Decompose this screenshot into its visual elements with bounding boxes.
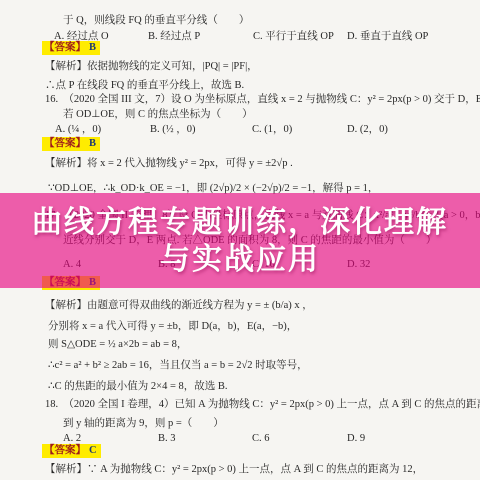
q16-stem-line2: 若 OD⊥OE，则 C 的焦点坐标为（ ）	[63, 108, 253, 121]
q18-stem-line1: 18. （2020 全国 I 卷理，4）已知 A 为抛物线 C：y² = 2px…	[45, 398, 480, 411]
q16-stem-line1: 16. （2020 全国 III 文，7）设 O 为坐标原点，直线 x = 2 …	[45, 93, 480, 106]
q18-answer-label: 【答案】	[44, 445, 86, 456]
q18-stem-line2: 到 y 轴的距离为 9，则 p =（ ）	[63, 417, 224, 430]
banner-title-line2: 与实战应用	[160, 241, 320, 278]
q16-analysis-line1: 【解析】将 x = 2 代入抛物线 y² = 2px，可得 y = ±2√p .	[45, 157, 293, 170]
q17-analysis-line4: ∴c² = a² + b² ≥ 2ab = 16，当且仅当 a = b = 2√…	[48, 359, 308, 372]
promo-banner-overlay: 曲线方程专题训练，深化理解 与实战应用	[0, 193, 480, 288]
q15-analysis-line1: 【解析】依据抛物线的定义可知，|PQ| = |PF|，	[45, 60, 258, 73]
q18-option-b: B. 3	[158, 432, 176, 445]
q17-analysis-line5: ∴C 的焦距的最小值为 2×4 = 8，故选 B.	[48, 380, 228, 393]
q15-option-d: D. 垂直于直线 OP	[347, 30, 428, 43]
q16-option-a: A. (¼ ，0)	[55, 123, 101, 136]
q15-option-b: B. 经过点 P	[148, 30, 200, 43]
document-page: 于 Q，则线段 FQ 的垂直平分线（ ） A. 经过点 O B. 经过点 P C…	[0, 0, 480, 480]
q15-answer-label: 【答案】	[44, 42, 86, 53]
q15-stem-continuation: 于 Q，则线段 FQ 的垂直平分线（ ）	[63, 14, 249, 27]
q15-analysis-line2: ∴点 P 在线段 FQ 的垂直平分线上，故选 B.	[45, 79, 244, 92]
q16-answer-label: 【答案】	[44, 138, 86, 149]
q16-option-c: C. (1，0)	[252, 123, 292, 136]
q17-analysis-line3: 则 S△ODE = ½ a×2b = ab = 8，	[48, 338, 187, 351]
q18-answer-value: C	[89, 445, 97, 456]
q18-answer-highlight: 【答案】C	[42, 444, 101, 458]
q16-option-b: B. (½ ，0)	[150, 123, 196, 136]
q17-analysis-line1: 【解析】由题意可得双曲线的渐近线方程为 y = ± (b/a) x ，	[45, 299, 313, 312]
q16-option-d: D. (2，0)	[347, 123, 388, 136]
banner-title-line1: 曲线方程专题训练，深化理解	[32, 204, 448, 241]
q18-option-d: D. 9	[347, 432, 365, 445]
q17-analysis-line2: 分别将 x = a 代入可得 y = ±b，即 D(a，b)，E(a，−b)，	[48, 320, 297, 333]
q16-answer-value: B	[89, 138, 96, 149]
q18-option-c: C. 6	[252, 432, 270, 445]
q18-analysis-line1: 【解析】∵ A 为抛物线 C：y² = 2px(p > 0) 上一点，点 A 到…	[45, 463, 423, 476]
q15-answer-highlight: 【答案】B	[42, 41, 100, 55]
q16-answer-highlight: 【答案】B	[42, 137, 100, 151]
q15-answer-value: B	[89, 42, 96, 53]
q15-option-c: C. 平行于直线 OP	[253, 30, 334, 43]
